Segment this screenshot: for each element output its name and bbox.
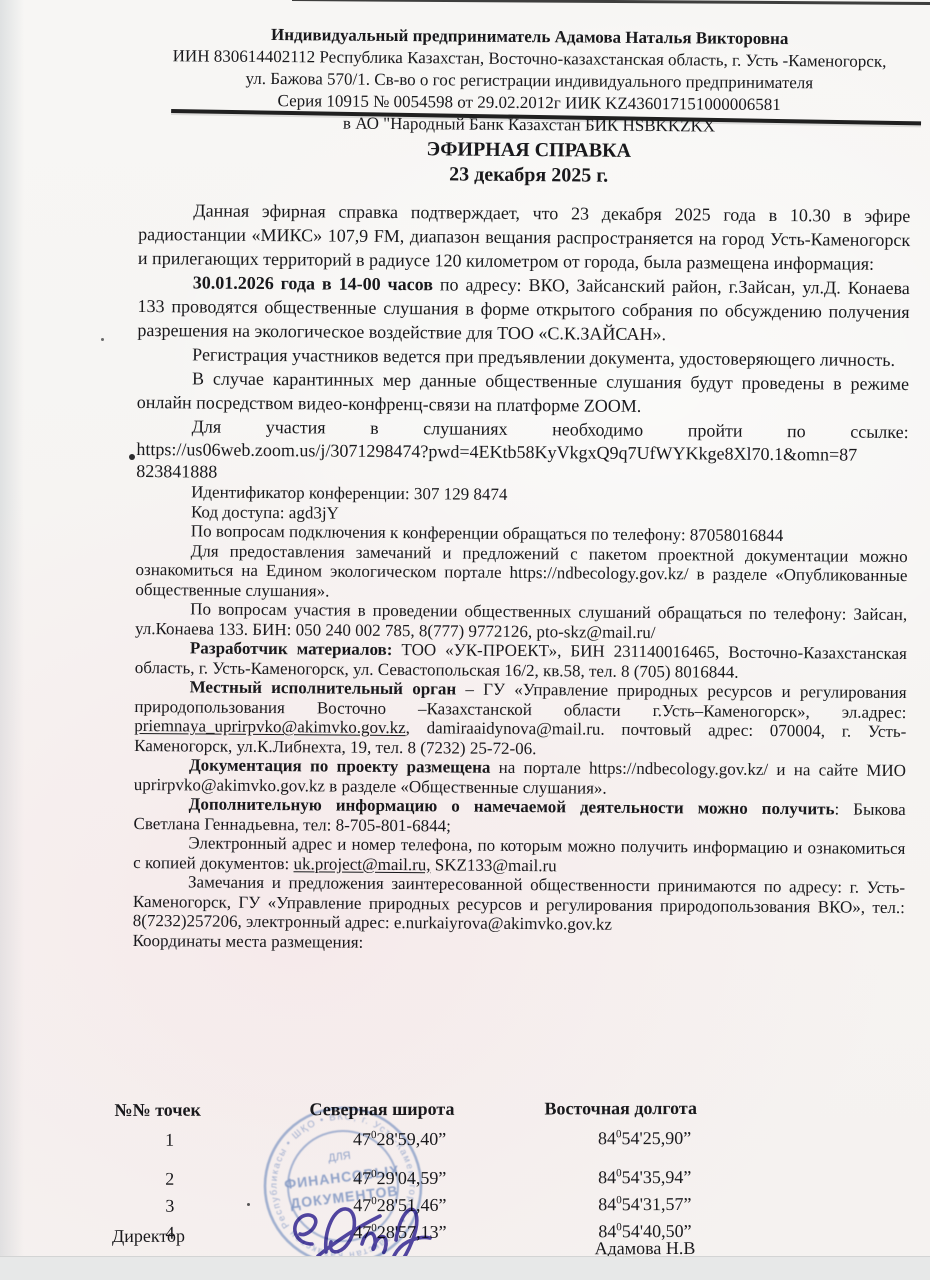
column-longitude-header: Восточная долгота (544, 1098, 696, 1120)
coordinates-table: №№ точек Северная широта Восточная долго… (109, 1097, 909, 1100)
longitude-value: 84054'25,90” (530, 1128, 760, 1150)
signature-stroke (362, 1233, 386, 1252)
paragraph-hearing-announcement: 30.01.2026 года в 14-00 часов по адресу:… (137, 270, 910, 348)
lon-degrees: 84 (598, 1128, 616, 1148)
table-row: 3 47028'51,46” 84054'31,57” (110, 1193, 910, 1218)
paragraph-local-authority: Местный исполнительный орган – ГУ «Управ… (134, 677, 907, 761)
paragraph-intro: Данная эфирная справка подтверждает, что… (138, 198, 911, 276)
scan-edge-line (292, 0, 930, 5)
ink-speck (129, 454, 135, 460)
point-number: 3 (110, 1196, 230, 1217)
paragraph-developer: Разработчик материалов: ТОО «УК-ПРОЕКТ»,… (135, 638, 907, 683)
document-body: Данная эфирная справка подтверждает, что… (133, 198, 911, 956)
table-row: 1 47028'59,40” 84054'25,90” (110, 1127, 910, 1152)
paragraph-quarantine: В случае карантинных мер данные обществе… (137, 366, 909, 420)
lon-minutes-seconds: 54'31,57” (622, 1194, 692, 1214)
local-authority-email-underlined: priemnaya_uprirpvko@akimvko.gov.kz (134, 716, 406, 737)
project-email-underlined: uk.project@mail.ru, (293, 854, 430, 874)
table-row: 4 47028'57,13” 84054'40,50” (110, 1220, 910, 1245)
table-row: 2 47029'04,59” 84054'35,94” (110, 1166, 910, 1191)
document-date: 23 декабря 2025 г. (149, 160, 909, 191)
paragraph-documentation: Документация по проекту размещена на пор… (134, 755, 906, 800)
hearing-date-bold: 30.01.2026 года в 14-00 часов (193, 272, 433, 294)
lon-minutes-seconds: 54'35,94” (622, 1167, 692, 1187)
photo-background-strip (0, 1256, 930, 1280)
lon-degrees: 84 (598, 1167, 616, 1187)
ink-speck (101, 338, 104, 341)
director-label: Директор (112, 1226, 185, 1247)
paragraph-zoom-link: Для участия в слушаниях необходимо пройт… (136, 414, 909, 488)
point-number: 2 (110, 1169, 230, 1190)
point-number: 1 (110, 1130, 230, 1151)
body-upper-section: Данная эфирная справка подтверждает, что… (136, 198, 910, 488)
documentation-label-bold: Документация по проекту размещена (189, 755, 491, 776)
longitude-value: 84054'35,94” (530, 1167, 760, 1189)
column-points-header: №№ точек (114, 1100, 200, 1121)
paragraph-additional-info: Дополнительную информацию о намечаемой д… (133, 794, 905, 839)
lon-degrees: 84 (598, 1194, 616, 1214)
ink-speck (247, 1203, 250, 1206)
longitude-value: 84054'31,57” (530, 1194, 760, 1216)
paragraph-eco-portal: Для предоставления замечаний и предложен… (135, 540, 907, 605)
scanned-document-page: Индивидуальный предприниматель Адамова Н… (0, 0, 930, 1280)
lon-minutes-seconds: 54'25,90” (621, 1128, 691, 1148)
paragraph-comments-address: Замечания и предложения заинтересованной… (133, 872, 905, 937)
document-title-block: ЭФИРНАЯ СПРАВКА 23 декабря 2025 г. (149, 135, 909, 191)
paragraph-participation-contacts: По вопросам участия в проведении обществ… (135, 599, 907, 644)
signature-stroke (295, 1215, 316, 1244)
stamp-center-line1: ДЛЯ (328, 1150, 352, 1165)
local-authority-label-bold: Местный исполнительный орган (190, 677, 457, 698)
coordinates-table-header: №№ точек Северная широта Восточная долго… (109, 1097, 909, 1100)
body-lower-section: Идентификатор конференции: 307 129 8474 … (133, 482, 909, 956)
developer-label-bold: Разработчик материалов: (190, 638, 393, 659)
paragraph-email-contacts: Электронный адрес и номер телефона, по к… (133, 833, 905, 878)
secondary-email: SKZ133@mail.ru (430, 855, 556, 875)
